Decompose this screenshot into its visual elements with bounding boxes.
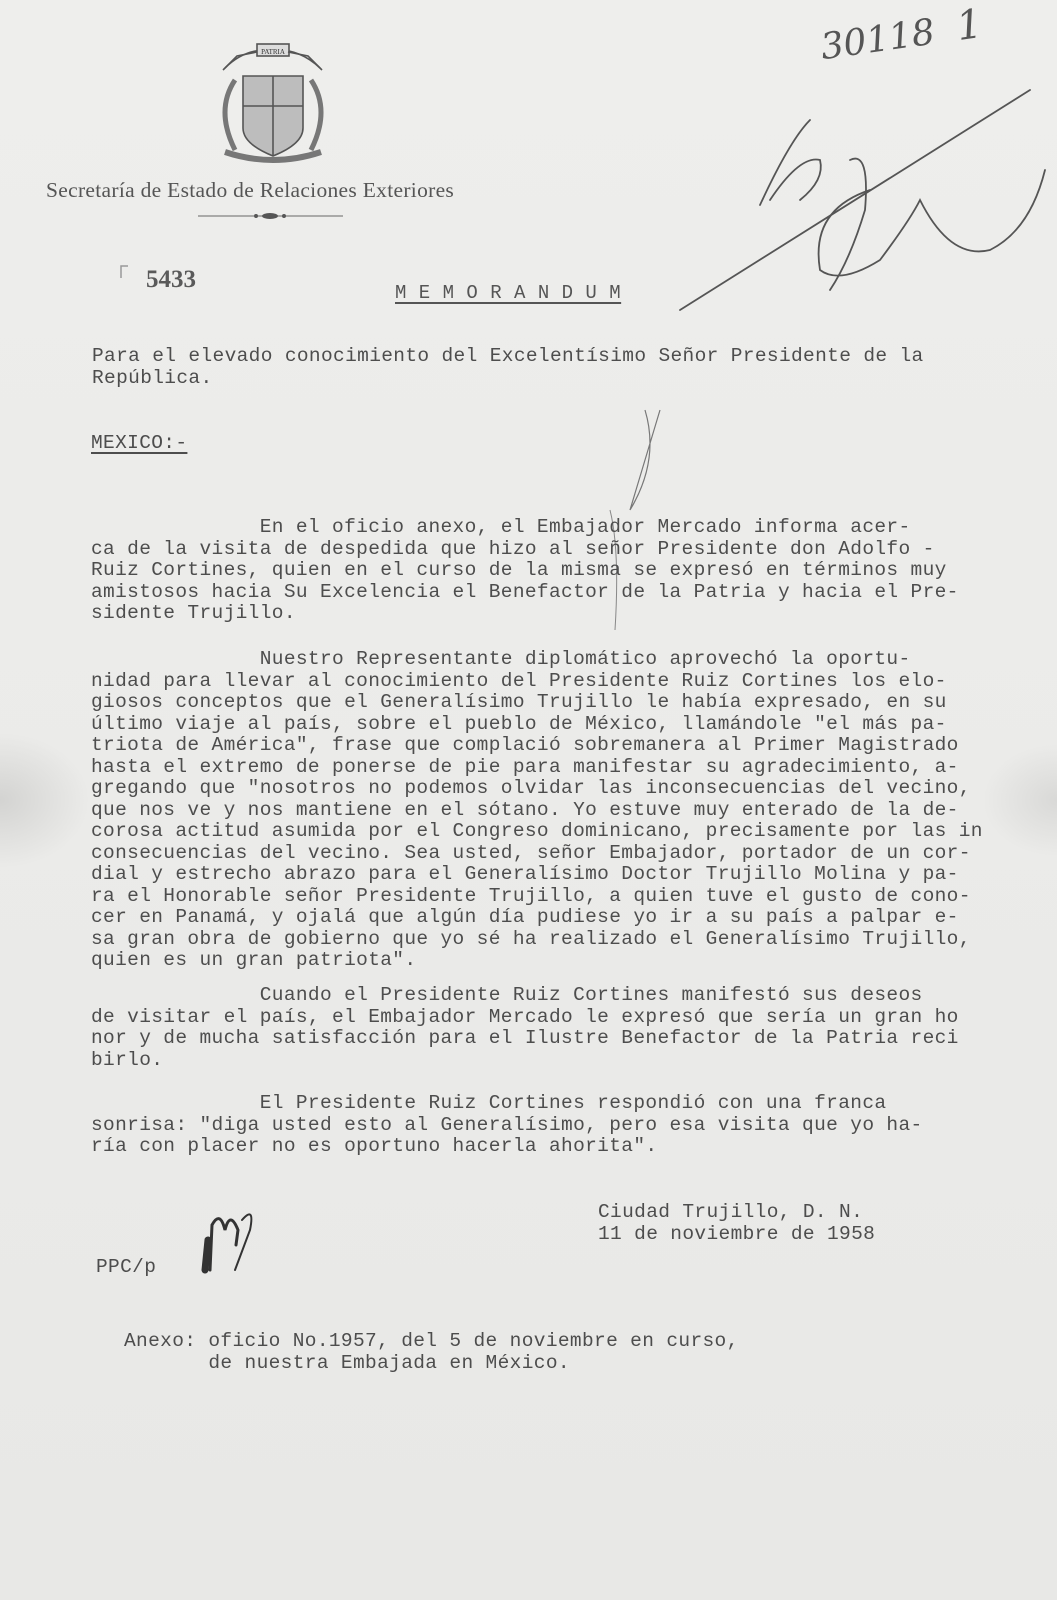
typist-initials: PPC/p xyxy=(96,1257,156,1279)
divider-ornament xyxy=(198,212,343,220)
handwritten-initials-icon xyxy=(180,1200,280,1275)
paragraph-1: En el oficio anexo, el Embajador Mercado… xyxy=(91,517,959,625)
memo-title: M E M O R A N D U M xyxy=(395,283,621,305)
annex-note: Anexo: oficio No.1957, del 5 de noviembr… xyxy=(124,1331,739,1374)
paragraph-4: El Presidente Ruiz Cortines respondió co… xyxy=(91,1093,923,1158)
coat-of-arms-icon: PATRIA xyxy=(205,40,340,170)
office-name: Secretaría de Estado de Relaciones Exter… xyxy=(46,178,454,203)
paragraph-2: Nuestro Representante diplomático aprove… xyxy=(91,649,983,972)
place-and-date: Ciudad Trujillo, D. N. 11 de noviembre d… xyxy=(598,1202,875,1245)
addressee: Para el elevado conocimiento del Excelen… xyxy=(92,346,924,389)
section-heading: MEXICO:- xyxy=(91,433,187,455)
handwritten-file-number: 30118 1 xyxy=(818,1,986,69)
handwritten-annotation xyxy=(650,60,1057,320)
stamp-bracket xyxy=(118,264,130,294)
document-number: 5433 xyxy=(146,266,196,294)
svg-text:PATRIA: PATRIA xyxy=(261,48,285,56)
paragraph-3: Cuando el Presidente Ruiz Cortines manif… xyxy=(91,985,959,1071)
